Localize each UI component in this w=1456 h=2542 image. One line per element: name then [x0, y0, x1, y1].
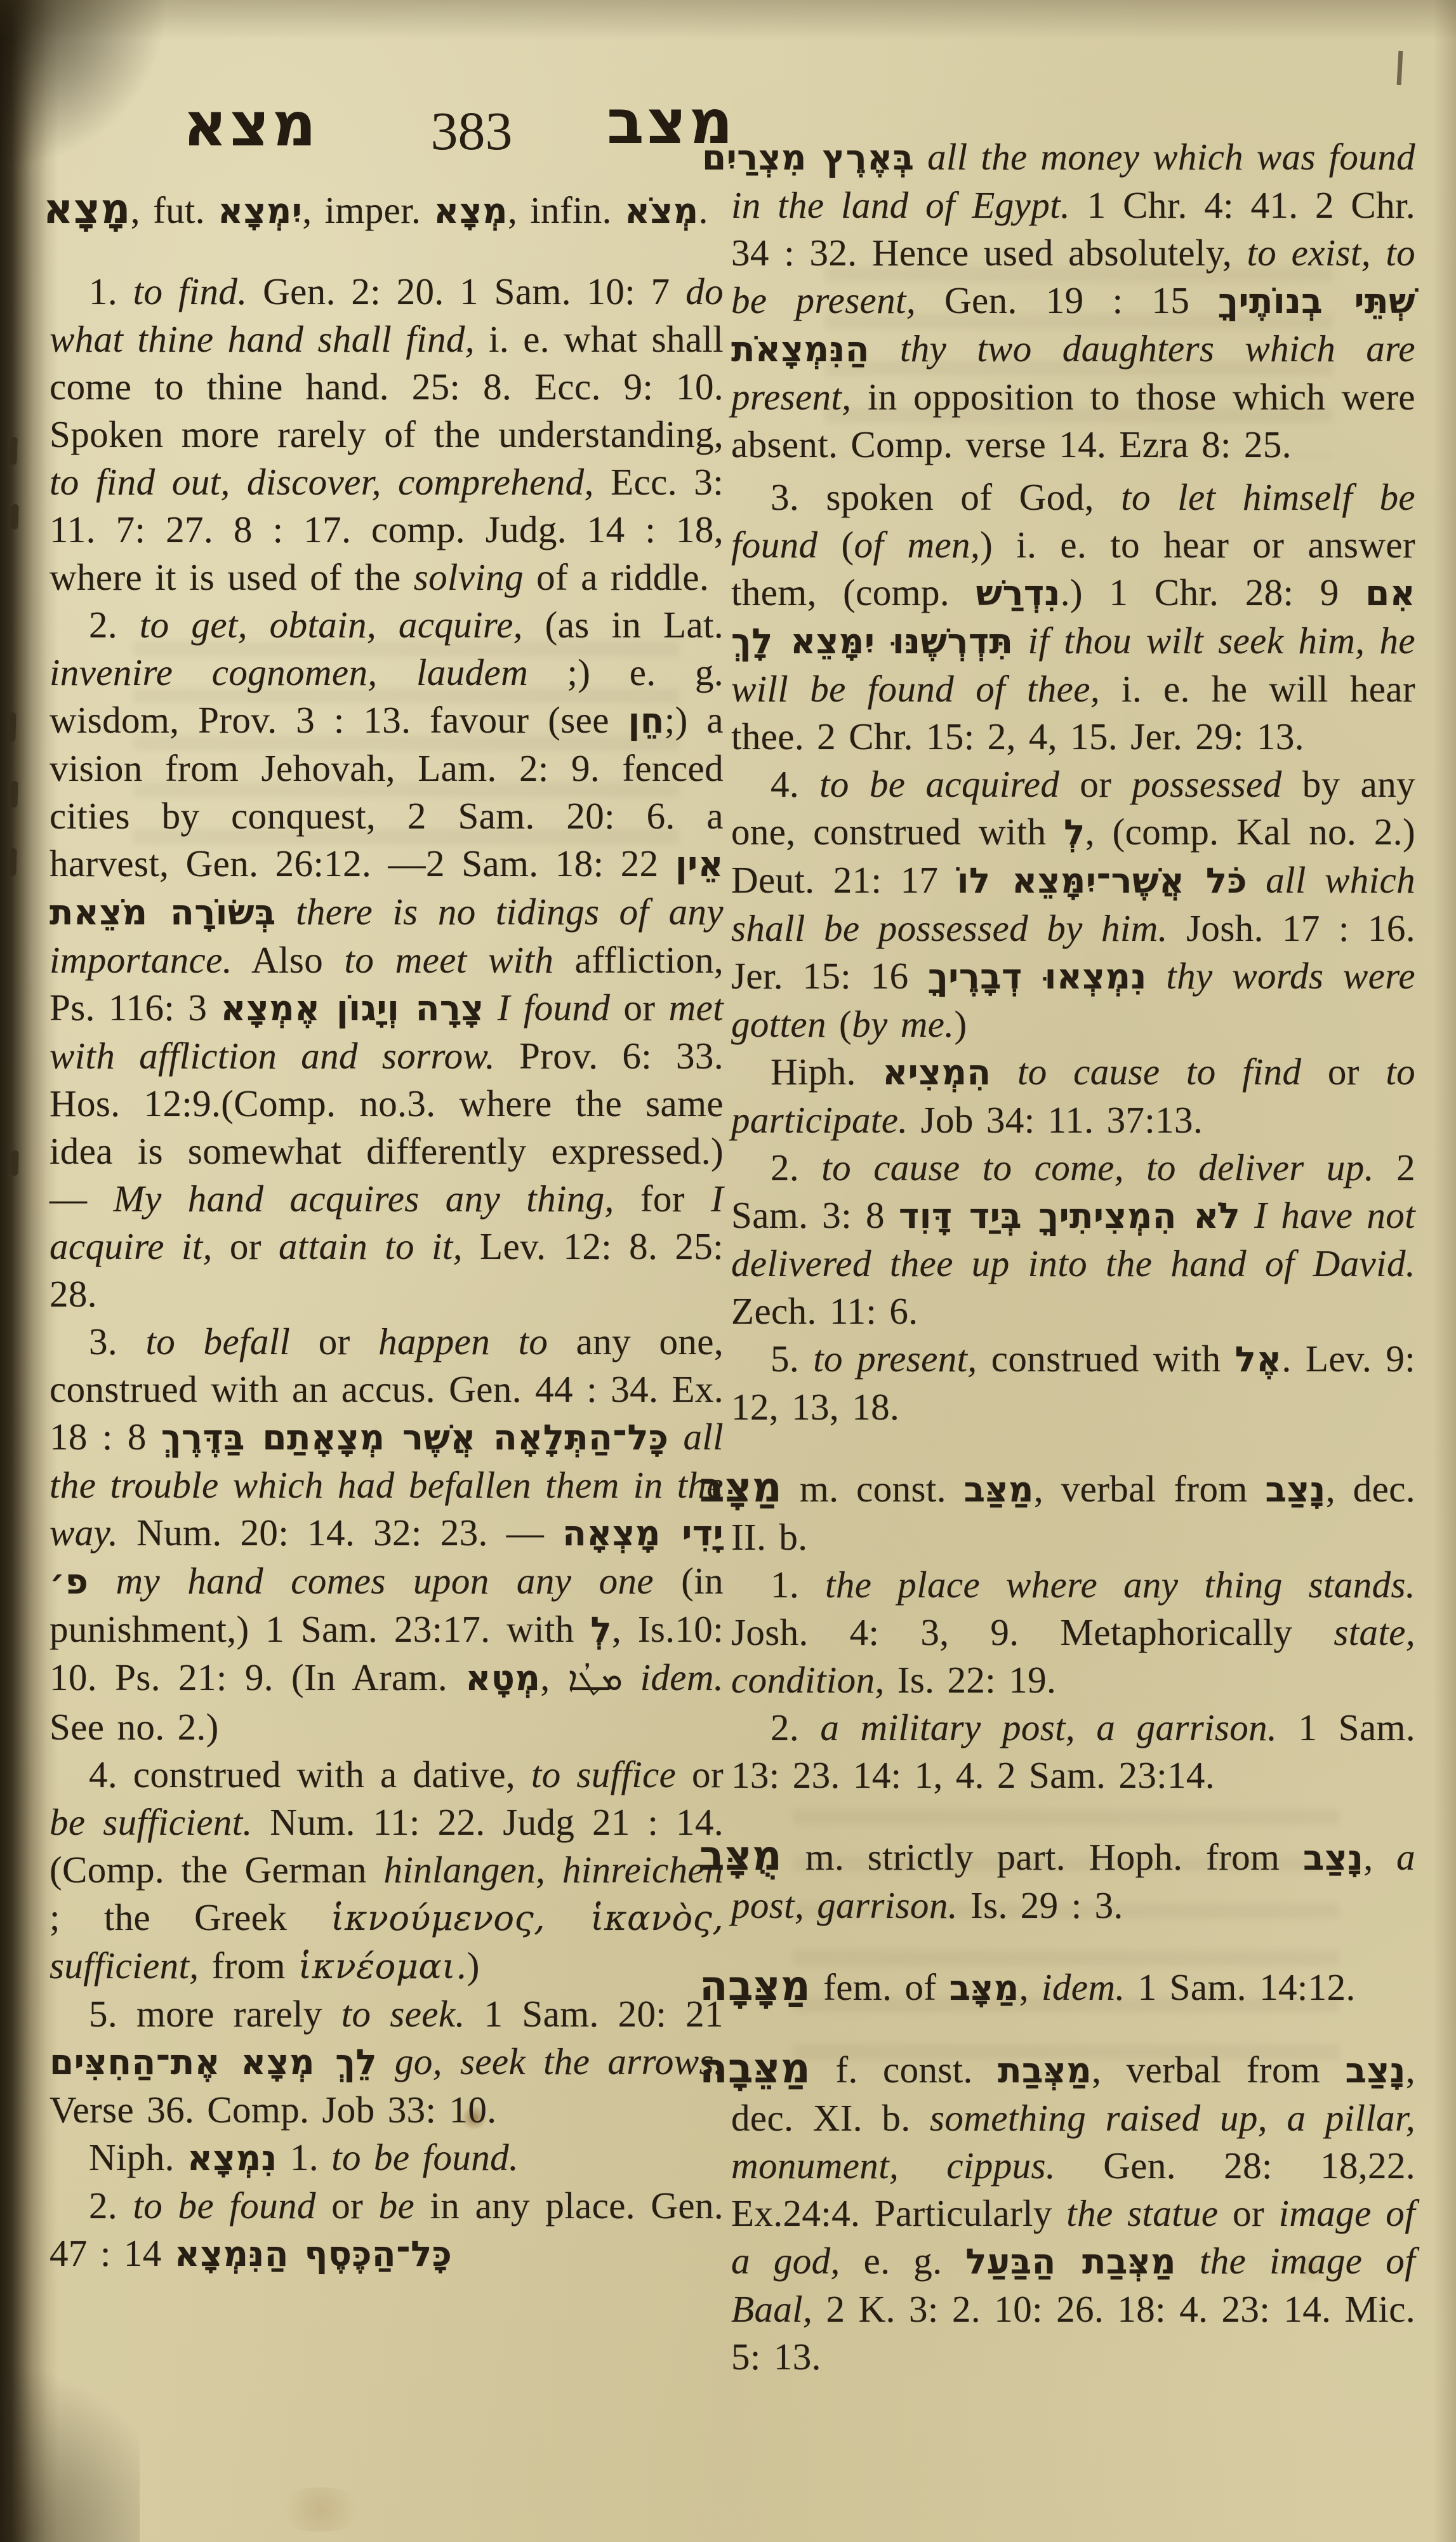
text-segment: Is. 22: 19. — [885, 1659, 1057, 1701]
text-segment: , infin. — [508, 189, 625, 231]
text-segment: to get, obtain, acquire, — [140, 604, 523, 646]
paragraph: Niph. נִמְצָא 1. to be found. — [50, 2134, 724, 2182]
text-segment: or — [1218, 2192, 1278, 2234]
text-segment: , fut. — [131, 189, 218, 231]
text-segment: idem. — [1042, 1966, 1125, 2008]
hebrew-text: מַצְּבַת הַבַּעַל — [965, 2241, 1176, 2282]
text-segment: solving — [414, 556, 524, 598]
hebrew-text: לֵךְ מְצָא אֶת־הַחִצִּים — [50, 2042, 377, 2082]
text-segment: to present, — [813, 1338, 977, 1380]
text-segment: Is. 29 : 3. — [958, 1884, 1123, 1926]
text-segment: Hiph. — [771, 1051, 882, 1093]
text-segment: ( — [817, 524, 854, 566]
text-segment: be sufficient. — [50, 1801, 253, 1843]
text-segment: . — [699, 189, 708, 231]
paragraph: 4. to be acquired or possessed by any on… — [731, 761, 1415, 1048]
text-segment: or — [290, 1321, 378, 1362]
text-segment: of a riddle. — [524, 556, 709, 598]
paragraph: מַצֵּבָה f. const. מַצְּבַת, verbal from… — [731, 2045, 1415, 2381]
text-segment — [623, 1656, 640, 1698]
text-segment: ( — [826, 1003, 852, 1045]
hebrew-text: מַצַּב — [964, 1469, 1034, 1510]
text-segment: , — [1363, 1836, 1396, 1878]
text-segment: to suffice — [531, 1753, 676, 1795]
hebrew-text: נִדְרַשׁ — [976, 573, 1060, 613]
hebrew-text: מַצֵּבָה — [699, 2045, 811, 2093]
hebrew-text: נָצַב — [1303, 1837, 1363, 1878]
margin-mark — [8, 712, 17, 742]
paragraph: 5. more rarely to seek. 1 Sam. 20: 21 לֵ… — [50, 1990, 724, 2134]
catchword-left: מצא — [183, 89, 316, 160]
text-segment: of men, — [854, 524, 981, 566]
text-segment: , verbal from — [1092, 2049, 1345, 2091]
paragraph: 2. to be found or be in any place. Gen. … — [50, 2182, 724, 2278]
text-segment: e. g. — [840, 2240, 966, 2282]
text-segment: my hand comes upon any one — [116, 1560, 654, 1602]
text-segment: 1 Sam. 20: 21 — [465, 1993, 724, 2035]
text-segment: , — [1019, 1966, 1042, 2008]
text-segment: possessed — [1132, 763, 1281, 805]
text-segment: hinlangen, hinreichen — [384, 1849, 724, 1891]
paragraph: 3. to befall or happen to any one, const… — [50, 1318, 724, 1751]
text-segment: to meet with — [345, 939, 554, 981]
hebrew-text: צָרָה וְיָגוֹן אֶמְצָא — [221, 988, 484, 1028]
text-segment: ; the Greek — [50, 1896, 331, 1938]
text-segment: or — [1059, 763, 1132, 805]
text-segment: Gen. 2: 20. 1 Sam. 10: 7 — [247, 270, 685, 312]
text-segment: to find out, discover, comprehend, — [50, 461, 594, 503]
text-segment: (as in Lat. — [523, 604, 724, 646]
text-segment: fem. of — [811, 1966, 949, 2008]
hebrew-text: מַצָּב — [699, 1464, 782, 1512]
text-segment: to cause to find — [1017, 1051, 1301, 1093]
paragraph: Hiph. הִמְצִיא to cause to find or to pa… — [731, 1048, 1415, 1144]
text-segment: 3. spoken of God, — [771, 476, 1121, 518]
text-segment: attain to it, — [279, 1225, 463, 1267]
text-segment: .) 1 Chr. 28: 9 — [1061, 571, 1365, 613]
text-segment: go, seek the arrows. — [395, 2040, 724, 2082]
text-segment: I found — [498, 987, 611, 1028]
text-segment: Job 34: 11. 37:13. — [908, 1099, 1203, 1141]
text-segment — [1013, 620, 1028, 662]
text-segment: or — [213, 1225, 279, 1267]
hebrew-text: נָצַב — [1265, 1469, 1325, 1510]
text-segment: or — [1301, 1051, 1386, 1093]
text-segment: the place where any thing stands. — [825, 1564, 1415, 1606]
margin-mark — [11, 1150, 18, 1176]
text-segment: or — [610, 987, 668, 1028]
text-segment: the statue — [1066, 2192, 1218, 2234]
paragraph: 2. a military post, a garrison. 1 Sam. 1… — [731, 1704, 1415, 1799]
margin-mark — [9, 848, 17, 876]
text-segment: My hand acquires any thing, — [114, 1178, 614, 1220]
hebrew-text: כָּל־הַתְּלָאָה אֲשֶׁר מְצָאָתַם בַּדֶּר… — [161, 1417, 669, 1458]
scan-artifact-mark — [1397, 51, 1403, 85]
hebrew-text: מַצָּבָה — [699, 1962, 811, 2010]
text-segment: m. strictly part. Hoph. from — [782, 1836, 1303, 1878]
text-segment: Josh. 4: 3, 9. Metaphorically — [731, 1611, 1334, 1653]
paragraph: 2. to cause to come, to deliver up. 2 Sa… — [731, 1144, 1415, 1335]
text-segment — [1240, 1194, 1254, 1236]
scanned-lexicon-page: מצא 383 מצב מָצָא, fut. יִמְצָא, imper. … — [0, 0, 1456, 2542]
text-segment: a military post, a garrison. — [820, 1707, 1277, 1748]
hebrew-text: מַצְּבַת — [998, 2050, 1092, 2091]
text-segment — [1247, 859, 1266, 901]
text-segment — [484, 987, 497, 1028]
text-segment — [991, 1051, 1017, 1093]
text-segment: 5. — [771, 1338, 813, 1380]
margin-mark — [10, 781, 18, 808]
text-segment: See no. 2.) — [50, 1706, 219, 1748]
text-segment: , — [540, 1656, 567, 1698]
text-segment: 2. — [89, 604, 140, 646]
text-segment: 3. — [89, 1321, 145, 1362]
text-segment: invenire cognomen, laudem — [50, 651, 528, 693]
text-segment — [1147, 955, 1167, 997]
text-segment: 2. — [89, 2185, 133, 2226]
paragraph: 1. to find. Gen. 2: 20. 1 Sam. 10: 7 do … — [50, 268, 724, 601]
text-segment: , imper. — [302, 189, 433, 231]
text-segment: 1. — [89, 270, 133, 312]
text-segment: to be found. — [331, 2136, 519, 2178]
paragraph: 2. to get, obtain, acquire, (as in Lat. … — [50, 601, 724, 1318]
paragraph: מַצָּבָה fem. of מַצָּב, idem. 1 Sam. 14… — [731, 1962, 1415, 2012]
text-segment: to be acquired — [819, 763, 1059, 805]
text-segment: 4. — [771, 763, 819, 805]
text-segment: f. const. — [811, 2049, 998, 2091]
hebrew-text: כֹּל אֲשֶׁר־יִמָּצֵא לוֹ — [957, 860, 1247, 901]
page-number: 383 — [405, 99, 538, 163]
text-segment — [88, 1560, 116, 1602]
text-segment — [668, 1416, 683, 1458]
page-edge-shadow-right — [1431, 0, 1456, 2542]
hebrew-text: חֵן — [628, 700, 665, 741]
hebrew-text: מְצָא — [433, 190, 508, 231]
hebrew-text: בְּאֶרֶץ מִצְרַיִם — [702, 137, 914, 178]
hebrew-text: לְ — [590, 1609, 612, 1650]
text-segment: 2 K. 3: 2. 10: 26. 18: 4. 23: 14. Mic. 5… — [731, 2288, 1415, 2378]
text-segment: or — [316, 2185, 379, 2226]
hebrew-text: מַצָּב — [950, 1967, 1019, 2008]
text-segment: 1. — [277, 2136, 331, 2178]
text-segment: construed with — [977, 1338, 1235, 1380]
text-segment: to cause to come, to deliver up. — [821, 1147, 1374, 1188]
paragraph: מָצָא, fut. יִמְצָא, imper. מְצָא, infin… — [50, 185, 724, 235]
text-segment: Gen. 19 : 15 — [916, 279, 1218, 321]
hebrew-text: לְ — [1064, 812, 1085, 853]
hebrew-text: נִמְצְאוּ דְבָרֶיךָ — [928, 956, 1147, 997]
text-segment — [870, 328, 900, 369]
text-segment: 1. — [771, 1564, 825, 1606]
greek-text: ἱκνούμενος, ἱκανὸς, — [331, 1898, 724, 1938]
text-segment: Zech. 11: 6. — [731, 1290, 918, 1332]
text-segment: idem. — [640, 1656, 724, 1698]
paragraph: 5. to present, construed with אֶל. Lev. … — [731, 1335, 1415, 1431]
left-column: מָצָא, fut. יִמְצָא, imper. מְצָא, infin… — [50, 185, 724, 2278]
corner-shadow-bottom-left — [0, 2352, 140, 2542]
text-segment: to befall — [145, 1321, 290, 1362]
text-segment: sufficient, — [50, 1945, 199, 1986]
text-segment: ) — [467, 1945, 480, 1986]
text-segment: 4. construed with a dative, — [89, 1753, 531, 1795]
paper-stain — [273, 2487, 368, 2532]
hebrew-text: יִמְצָא — [218, 190, 302, 231]
text-segment: or — [676, 1753, 724, 1795]
text-segment: to seek. — [341, 1993, 465, 2035]
margin-mark — [11, 504, 18, 529]
text-segment: m. const. — [782, 1468, 964, 1510]
hebrew-text: מְטָא — [465, 1658, 540, 1698]
text-segment: from — [199, 1945, 298, 1986]
right-column: בְּאֶרֶץ מִצְרַיִם all the money which w… — [731, 133, 1415, 2381]
paragraph: 1. the place where any thing stands. Jos… — [731, 1561, 1415, 1704]
margin-mark — [10, 437, 18, 465]
paragraph: 3. spoken of God, to let himself be foun… — [731, 474, 1415, 761]
paragraph: בְּאֶרֶץ מִצְרַיִם all the money which w… — [731, 133, 1415, 469]
text-segment: be — [379, 2185, 415, 2226]
paragraph: מֻצָּב m. strictly part. Hoph. from נָצַ… — [731, 1832, 1415, 1929]
paragraph: מַצָּב m. const. מַצַּב, verbal from נָצ… — [731, 1464, 1415, 1561]
text-segment: happen to — [378, 1321, 548, 1362]
page-edge-shadow-top — [0, 0, 1456, 44]
text-segment — [276, 891, 296, 933]
hebrew-text: מְצֹא — [625, 190, 699, 231]
text-segment: Also — [232, 939, 345, 981]
text-segment: ) — [954, 1003, 967, 1045]
text-segment: 1 Sam. 14:12. — [1125, 1966, 1355, 2008]
text-segment: for — [614, 1178, 711, 1220]
text-segment: 5. more rarely — [89, 1993, 341, 2035]
syriac-text: ܡܛܳܐ — [568, 1660, 623, 1698]
text-segment: Verse 36. Comp. Job 33: 10. — [50, 2089, 496, 2131]
paragraph: 4. construed with a dative, to suffice o… — [50, 1751, 724, 1990]
text-segment: to find. — [133, 270, 248, 312]
text-segment: Niph. — [89, 2136, 187, 2178]
text-segment — [377, 2040, 395, 2082]
hebrew-text: נָצַב — [1346, 2050, 1406, 2091]
hebrew-text: מָצָא — [43, 185, 131, 233]
text-segment — [1176, 2240, 1200, 2282]
hebrew-text: אֶל — [1235, 1339, 1282, 1380]
text-segment: Num. 20: 14. 32: 23. — — [118, 1512, 562, 1554]
hebrew-text: לֹא הִמְצִיתִיךָ בְּיַד דָּוִד — [899, 1195, 1240, 1236]
text-segment — [914, 136, 927, 178]
text-segment: to be found — [133, 2185, 315, 2226]
hebrew-text: הִמְצִיא — [882, 1052, 991, 1093]
text-segment: 2. — [771, 1147, 821, 1188]
greek-text: ἱκνέομαι. — [298, 1946, 467, 1986]
hebrew-text: מֻצָּב — [699, 1832, 782, 1880]
hebrew-text: נִמְצָא — [187, 2138, 277, 2178]
text-segment: by me. — [852, 1003, 954, 1045]
text-segment: 2. — [771, 1707, 820, 1748]
hebrew-text: כָּל־הַכֶּסֶף הַנִּמְצָא — [175, 2233, 452, 2274]
text-segment: , verbal from — [1034, 1468, 1266, 1510]
